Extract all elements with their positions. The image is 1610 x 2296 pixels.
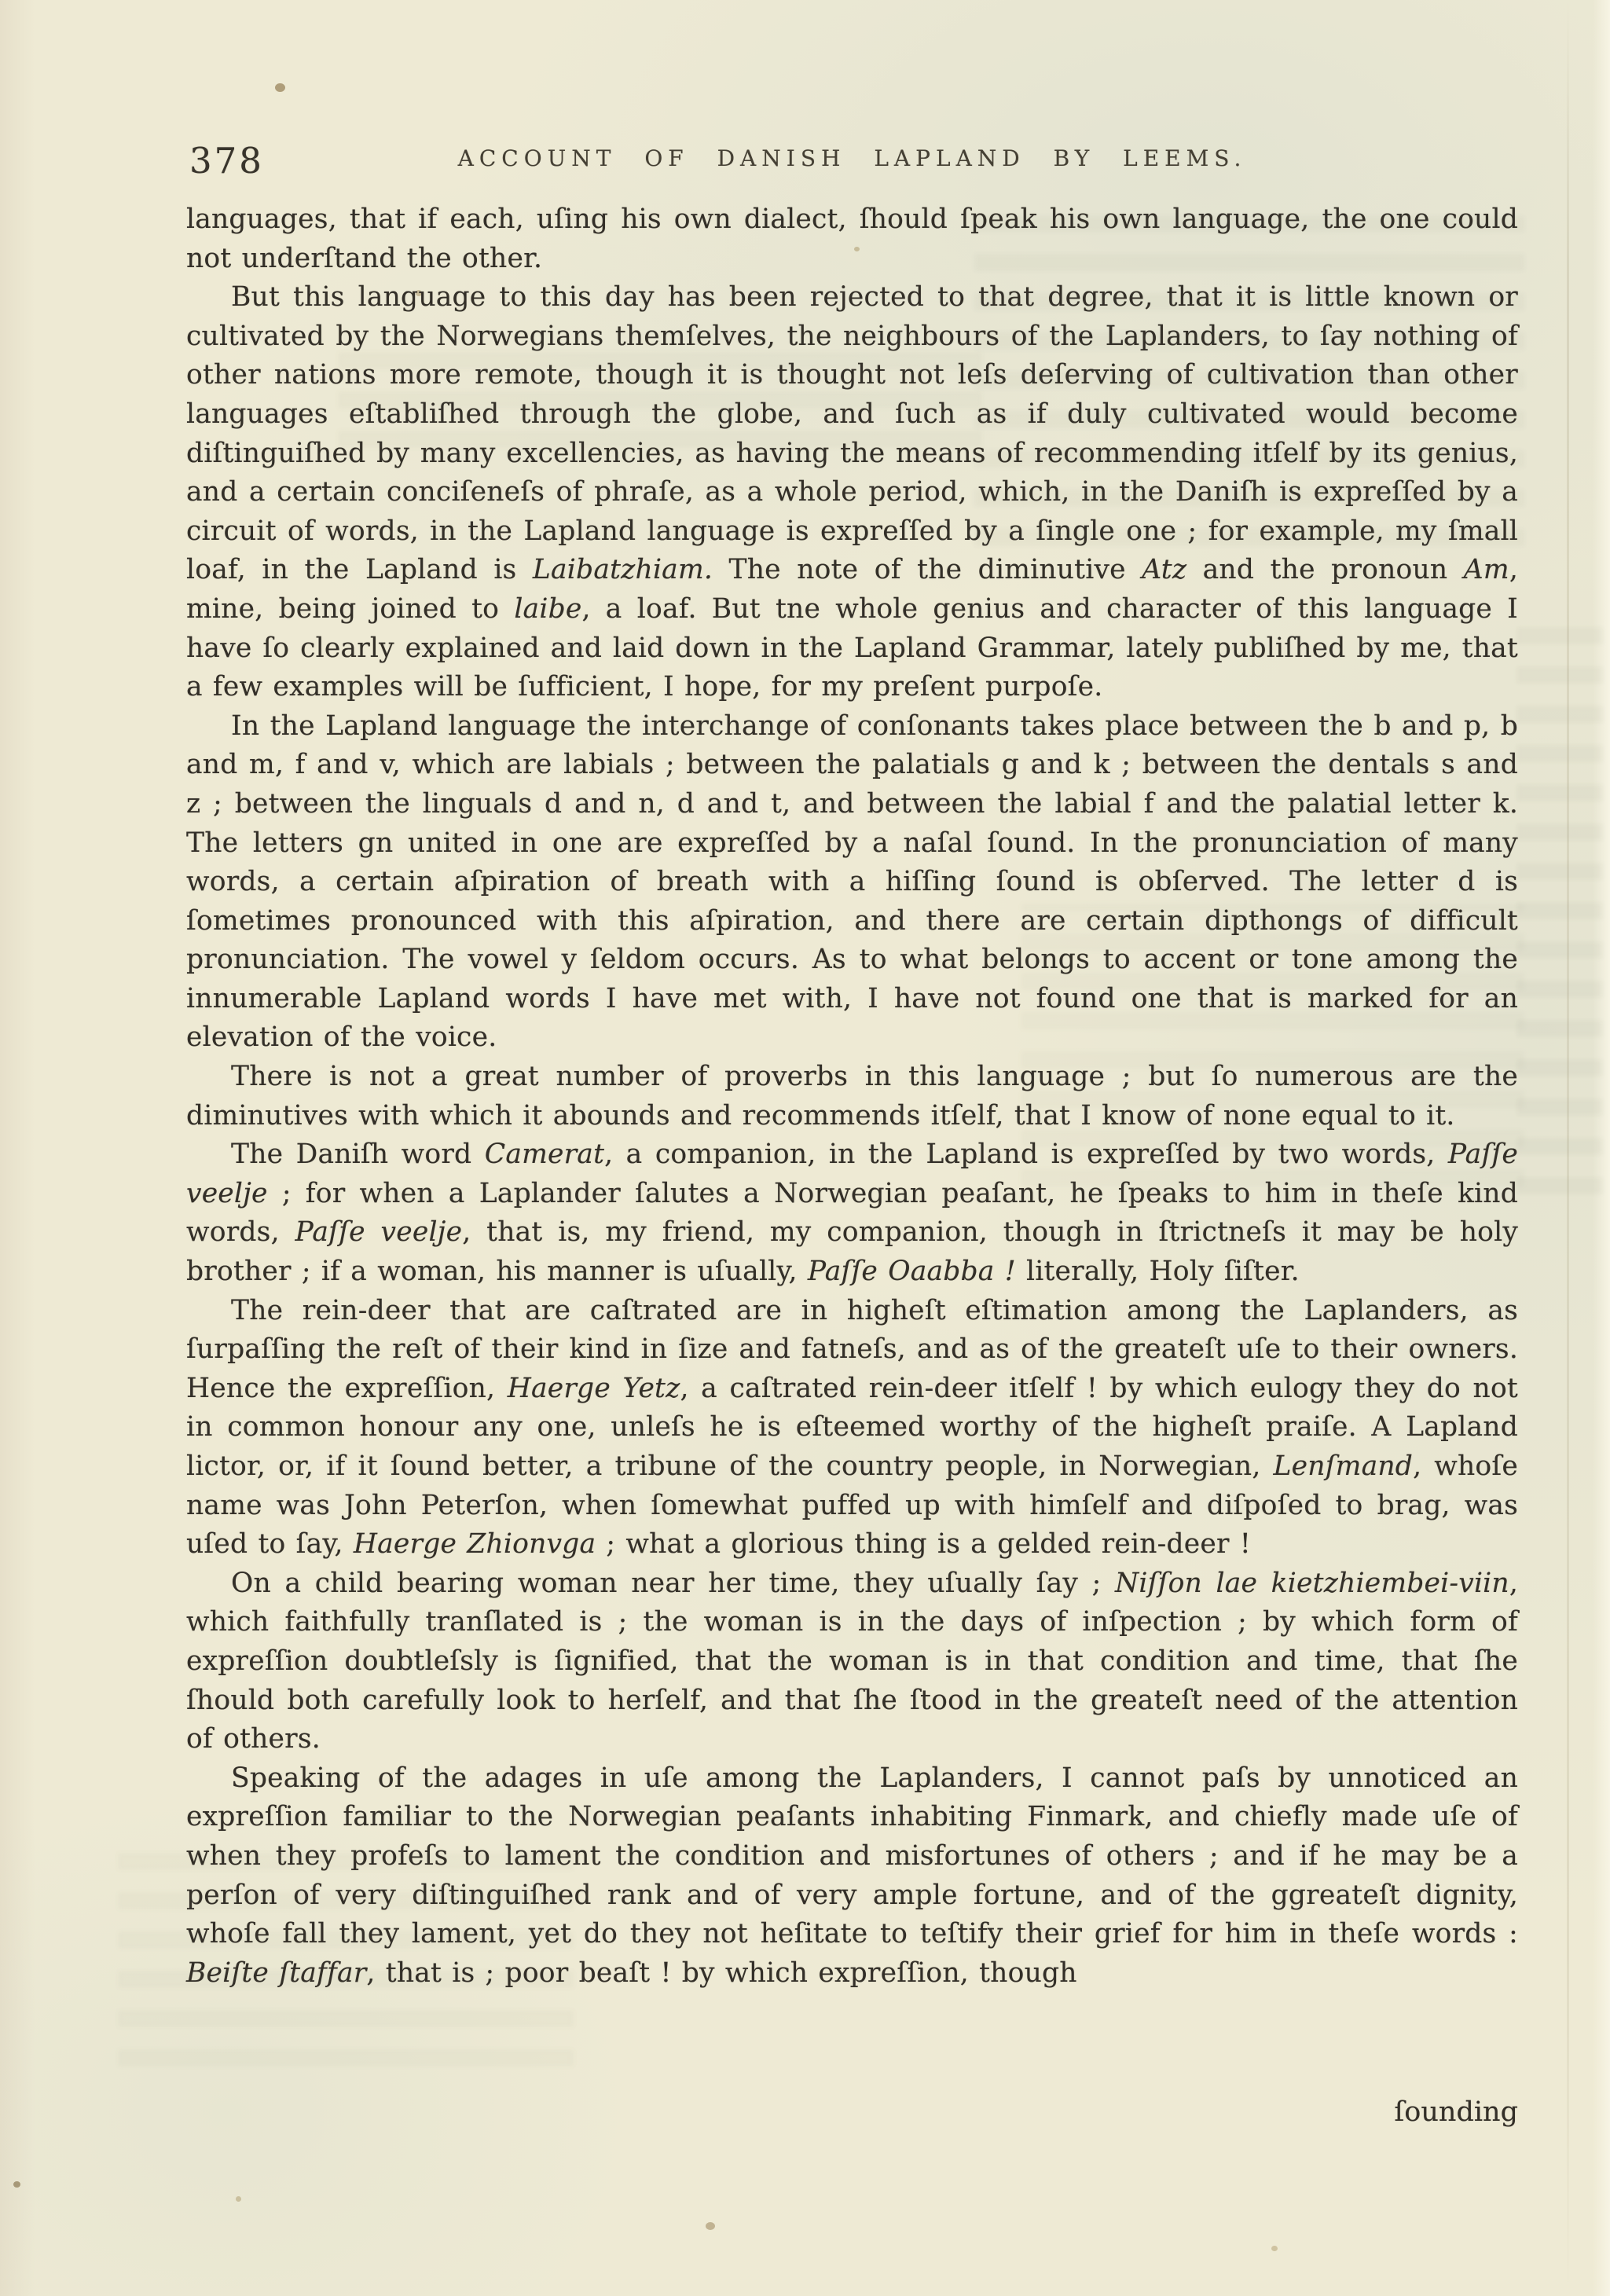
italic-text: Am	[1464, 554, 1509, 585]
text-run: Speaking of the adages in uſe among the …	[186, 1762, 1518, 1949]
text-run: The note of the diminutive	[713, 554, 1142, 585]
text-run: languages, that if each, uſing his own d…	[186, 204, 1518, 274]
paragraph: But this language to this day has been r…	[186, 278, 1518, 707]
text-run: The Daniſh word	[231, 1139, 485, 1170]
italic-text: Lenſmand	[1274, 1451, 1414, 1482]
page-header: 378 ACCOUNT OF DANISH LAPLAND BY LEEMS.	[186, 140, 1518, 182]
verso-show-through	[1516, 621, 1603, 1194]
foxing-speck	[706, 2222, 715, 2230]
foxing-speck	[1271, 2246, 1278, 2251]
italic-text: Atz	[1142, 554, 1186, 585]
text-run: But this language to this day has been r…	[186, 281, 1518, 585]
italic-text: laibe	[514, 593, 581, 625]
paragraph: The Daniſh word Camerat, a companion, in…	[186, 1135, 1518, 1291]
paragraph: The rein-deer that are caſtrated are in …	[186, 1292, 1518, 1564]
italic-text: Paſſe veelje	[295, 1216, 463, 1248]
text-run: There is not a great number of proverbs …	[186, 1061, 1518, 1131]
page-number: 378	[189, 140, 264, 182]
italic-text: Haerge Zhionvga	[354, 1528, 596, 1560]
text-run: ; what a glorious thing is a gelded rein…	[596, 1528, 1251, 1560]
paragraph: In the Lapland language the interchange …	[186, 707, 1518, 1058]
paragraph: languages, that if each, uſing his own d…	[186, 200, 1518, 278]
paragraph: On a child bearing woman near her time, …	[186, 1564, 1518, 1759]
text-run: literally, Holy ſiſter.	[1016, 1256, 1300, 1287]
paragraph: Speaking of the adages in uſe among the …	[186, 1759, 1518, 1993]
text-run: , that is ; poor beaſt ! by which expreſ…	[366, 1957, 1076, 1989]
italic-text: Haerge Yetz	[508, 1373, 680, 1404]
page-body: languages, that if each, uſing his own d…	[186, 200, 1518, 1993]
page-edge-line	[1567, 0, 1569, 2296]
text-run: In the Lapland language the interchange …	[186, 710, 1518, 1054]
foxing-speck	[13, 2181, 20, 2188]
text-run: and the pronoun	[1186, 554, 1464, 585]
italic-text: Paſſe Oaabba !	[808, 1256, 1016, 1287]
foxing-speck	[236, 2196, 241, 2202]
italic-text: Laibatzhiam.	[533, 554, 713, 585]
scanned-book-page: 378 ACCOUNT OF DANISH LAPLAND BY LEEMS. …	[0, 0, 1610, 2296]
text-run: , a companion, in the Lapland is expreſſ…	[604, 1139, 1448, 1170]
running-header: ACCOUNT OF DANISH LAPLAND BY LEEMS.	[186, 140, 1518, 171]
italic-text: Niſſon lae kietzhiembei-viin	[1115, 1568, 1509, 1599]
italic-text: Beiſte ſtaffar	[186, 1957, 366, 1989]
text-run: On a child bearing woman near her time, …	[231, 1568, 1115, 1599]
catchword: ſounding	[186, 2096, 1518, 2128]
italic-text: Camerat	[485, 1139, 604, 1170]
paragraph: There is not a great number of proverbs …	[186, 1058, 1518, 1135]
foxing-speck	[275, 83, 285, 92]
